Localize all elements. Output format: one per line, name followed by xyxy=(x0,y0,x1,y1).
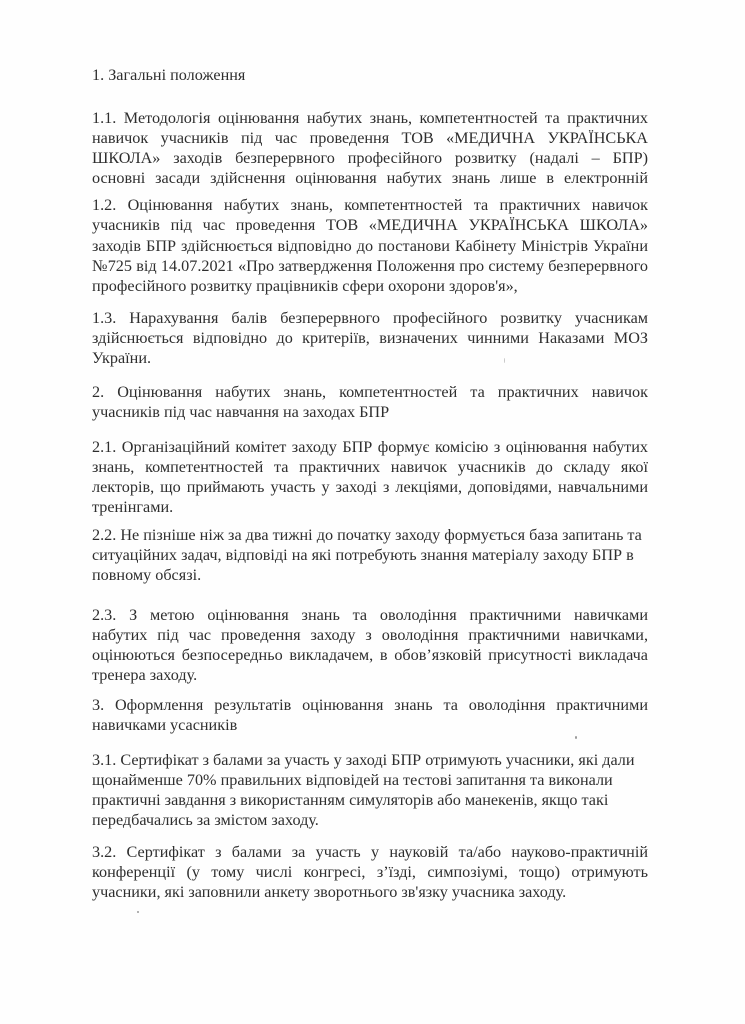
text-line: знань, компетентностей та практичних нав… xyxy=(92,457,648,477)
text-line: 3.1. Сертифікат з балами за участь у зах… xyxy=(92,750,648,770)
scan-speck xyxy=(137,911,139,913)
text-line: 2.1. Організаційний комітет заходу БПР ф… xyxy=(92,437,648,457)
text-line: 2.2. Не пізніше ніж за два тижні до поча… xyxy=(92,525,648,545)
text-line: учасників під час проведення ТОВ «МЕДИЧН… xyxy=(92,215,648,235)
text-line: України. xyxy=(92,348,648,368)
text-line: 2.3. З метою оцінювання знань та оволоді… xyxy=(92,605,648,625)
text-line: практичні завдання з використанням симул… xyxy=(92,790,648,810)
text-line: щонайменше 70% правильних відповідей на … xyxy=(92,770,648,790)
text-line: 1. Загальні положення xyxy=(92,65,648,85)
text-line: ШКОЛА» заходів безперервного професійног… xyxy=(92,148,648,168)
text-line: навичками усасників xyxy=(92,715,648,735)
text-line: 1.1. Методологія оцінювання набутих знан… xyxy=(92,108,648,128)
scan-speck xyxy=(504,358,505,363)
text-line: 3.2. Сертифікат з балами за участь у нау… xyxy=(92,842,648,862)
text-line: 2. Оцінювання набутих знань, компетентно… xyxy=(92,382,648,402)
scan-speck xyxy=(575,736,577,739)
text-line: набутих під час проведення заходу з овол… xyxy=(92,625,648,645)
text-line: лекторів, що приймають участь у заході з… xyxy=(92,477,648,497)
text-line: тренінгами. xyxy=(92,497,648,517)
text-line: передбачались за змістом заходу. xyxy=(92,810,648,830)
text-line: учасників під час навчання на заходах БП… xyxy=(92,402,648,422)
text-line: тренера заходу. xyxy=(92,665,648,685)
text-line: основні засади здійснення оцінювання наб… xyxy=(92,168,648,188)
scanned-document-page: 1. Загальні положення1.1. Методологія оц… xyxy=(0,0,745,1024)
text-line: №725 від 14.07.2021 «Про затвердження По… xyxy=(92,256,648,276)
text-line: 1.2. Оцінювання набутих знань, компетент… xyxy=(92,195,648,215)
text-line: здійснюється відповідно до критеріїв, ви… xyxy=(92,328,648,348)
text-line: 3. Оформлення результатів оцінювання зна… xyxy=(92,695,648,715)
text-line: повному обсязі. xyxy=(92,565,648,585)
text-line: заходів БПР здійснюється відповідно до п… xyxy=(92,236,648,256)
text-line: професійного розвитку працівників сфери … xyxy=(92,276,648,296)
text-line: учасники, які заповнили анкету зворотньо… xyxy=(92,882,648,902)
text-line: 1.3. Нарахування балів безперервного про… xyxy=(92,308,648,328)
text-line: конференції (у тому числі конгресі, з’їз… xyxy=(92,862,648,882)
text-line: навичок учасників під час проведення ТОВ… xyxy=(92,128,648,148)
text-line: оцінюються безпосередньо викладачем, в о… xyxy=(92,645,648,665)
text-line: ситуаційних задач, відповіді на які потр… xyxy=(92,545,648,565)
